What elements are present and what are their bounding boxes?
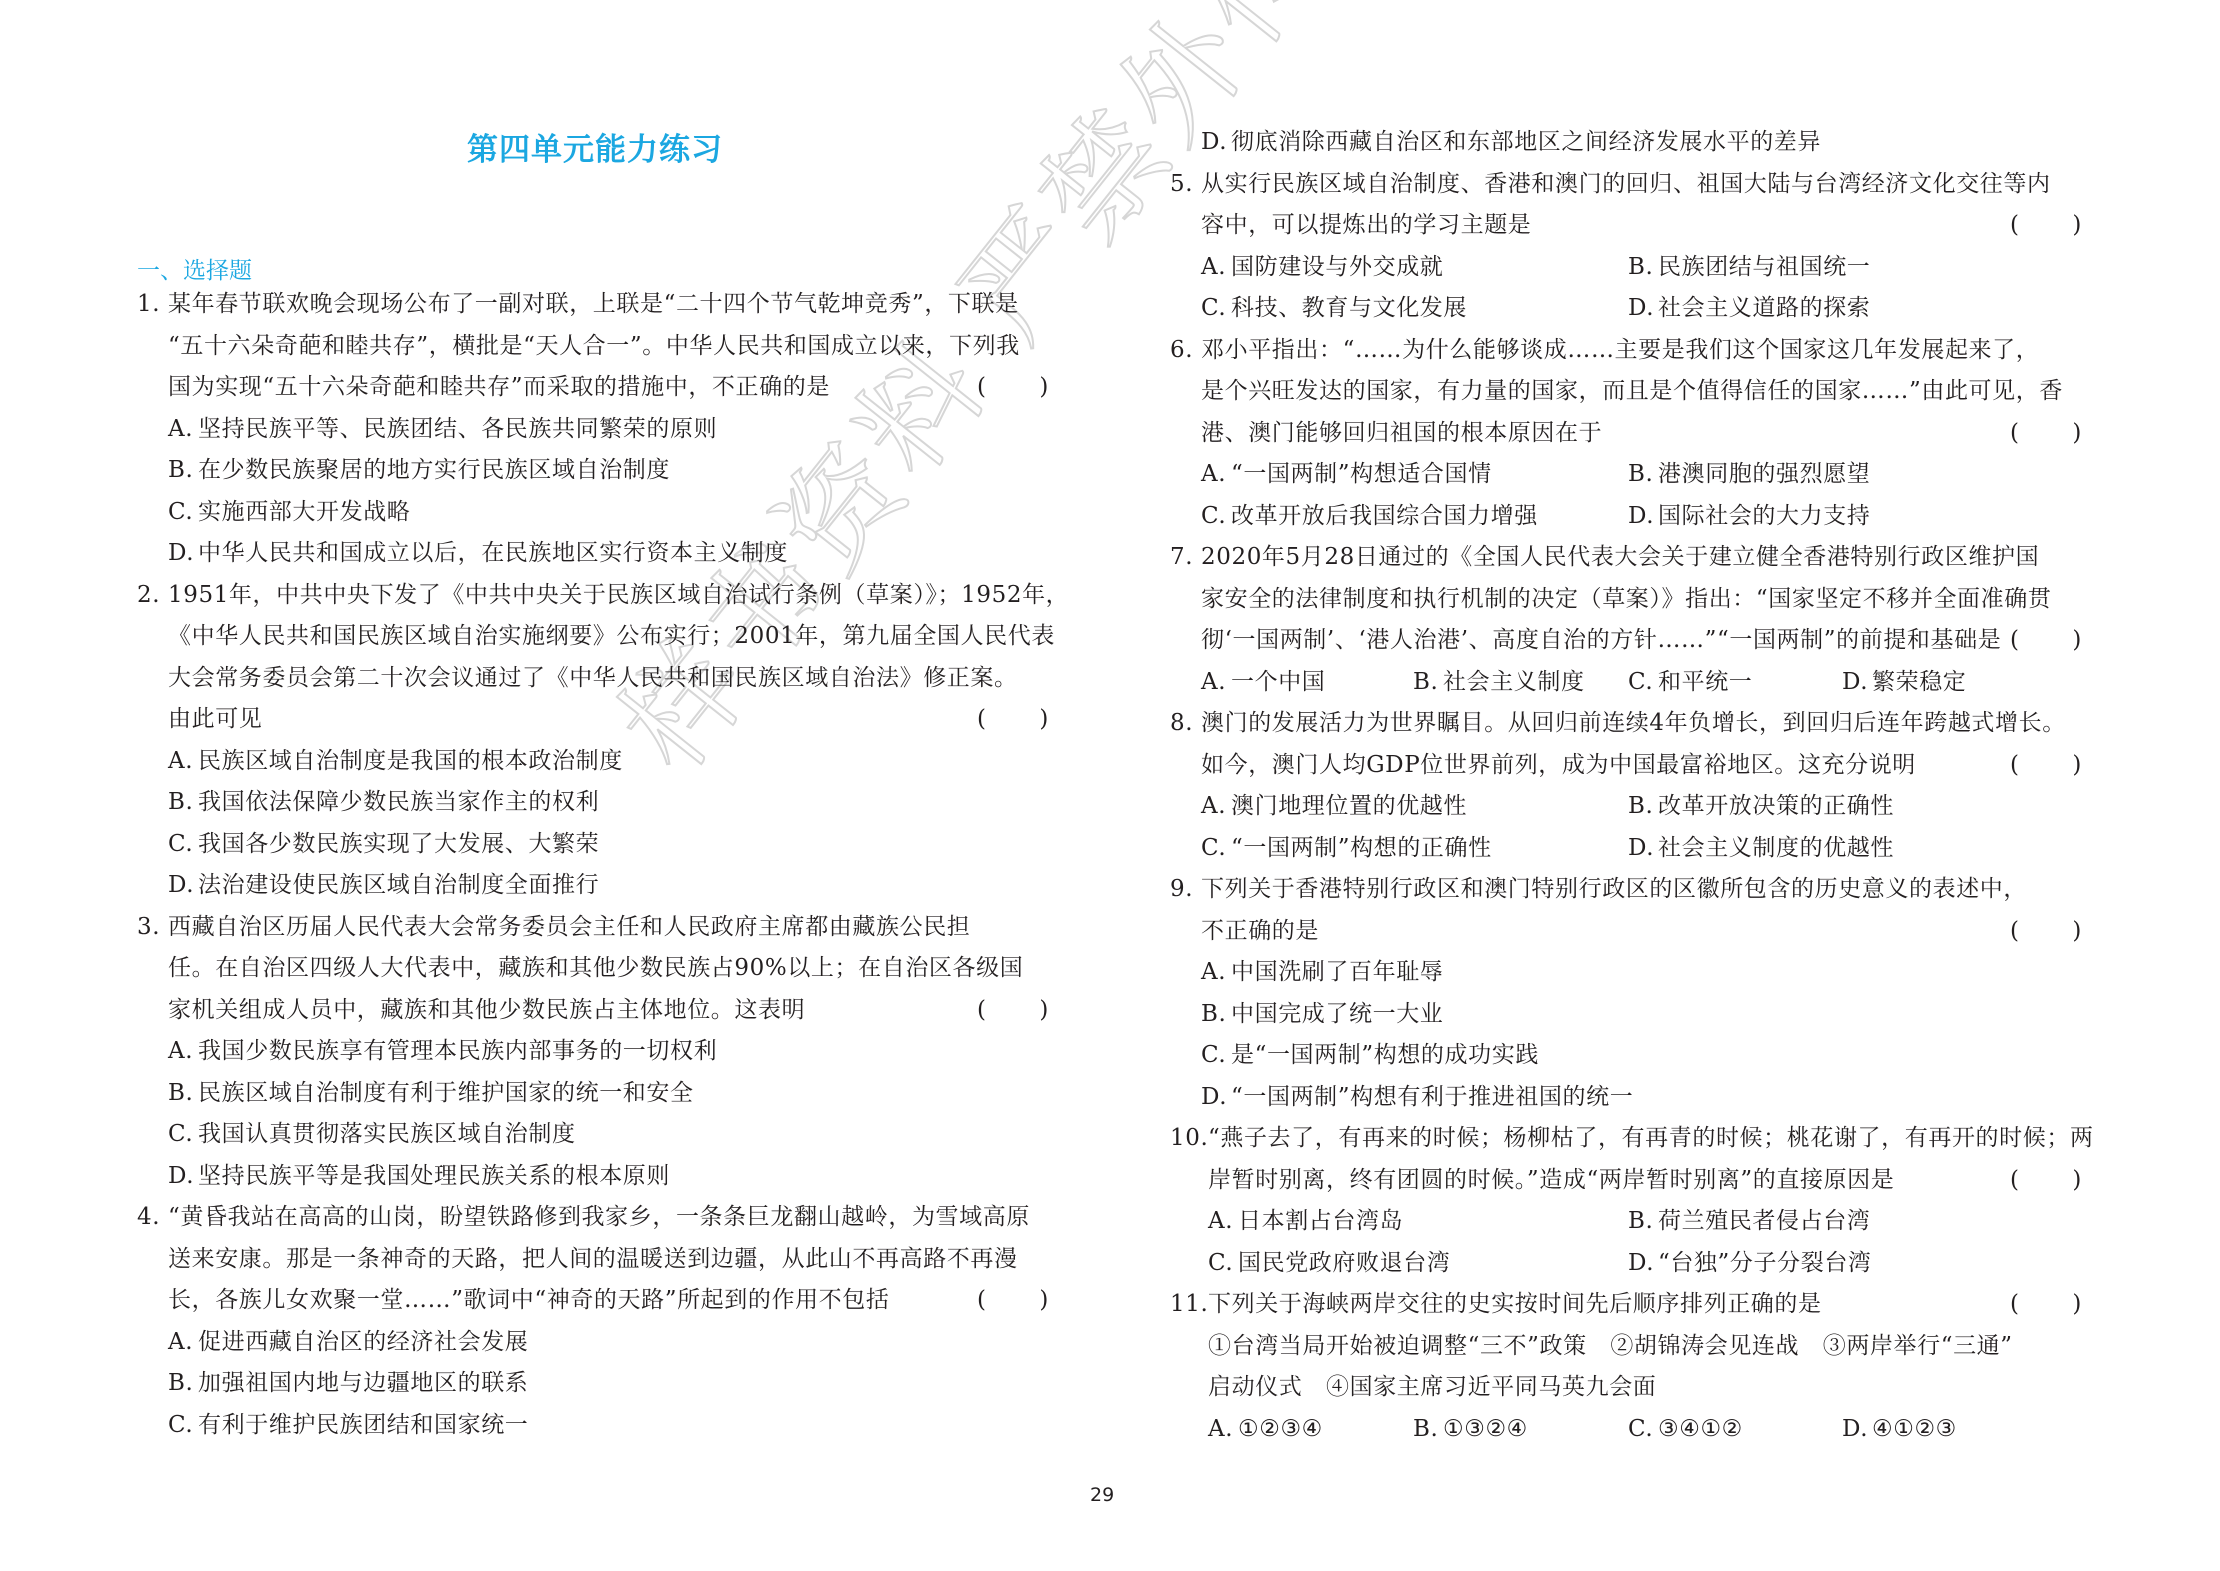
question-number: 2. <box>137 575 160 617</box>
option-a[interactable]: A.中国洗刷了百年耻辱 <box>1201 952 1443 994</box>
option-c[interactable]: C.我国各少数民族实现了大发展、大繁荣 <box>168 824 599 866</box>
option-b[interactable]: B.改革开放决策的正确性 <box>1628 786 1894 828</box>
page-title: 第四单元能力练习 <box>0 124 1190 169</box>
answer-blank[interactable]: () <box>2010 911 2082 953</box>
question-text: 《中华人民共和国民族区域自治实施纲要》公布实行；2001年，第九届全国人民代表 <box>168 616 1055 658</box>
page-number: 29 <box>1090 1484 1114 1506</box>
option-a[interactable]: A.①②③④ <box>1208 1409 1323 1451</box>
question-text: 从实行民族区域自治制度、香港和澳门的回归、祖国大陆与台湾经济文化交往等内 <box>1201 164 2051 206</box>
question-11: 11. 下列关于海峡两岸交往的史实按时间先后顺序排列正确的是 () <box>1170 1284 2082 1326</box>
question-number: 11. <box>1170 1284 1208 1326</box>
option-d[interactable]: D.④①②③ <box>1842 1409 1957 1451</box>
option-d[interactable]: D.彻底消除西藏自治区和东部地区之间经济发展水平的差异 <box>1201 122 1821 164</box>
question-text: 任。在自治区四级人大代表中，藏族和其他少数民族占90%以上；在自治区各级国 <box>168 948 1023 990</box>
question-8: 8. 澳门的发展活力为世界瞩目。从回归前连续4年负增长，到回归后连年跨越式增长。 <box>1170 703 2082 745</box>
answer-blank[interactable]: () <box>977 367 1049 409</box>
question-text: 不正确的是 <box>1201 911 1319 953</box>
question-number: 1. <box>137 284 160 326</box>
option-d[interactable]: D.“台独”分子分裂台湾 <box>1628 1243 1872 1285</box>
option-b[interactable]: B.港澳同胞的强烈愿望 <box>1628 454 1870 496</box>
option-b[interactable]: B.在少数民族聚居的地方实行民族区域自治制度 <box>168 450 670 492</box>
option-b[interactable]: B.荷兰殖民者侵占台湾 <box>1628 1201 1870 1243</box>
option-c[interactable]: C.和平统一 <box>1628 662 1752 704</box>
question-text: 岸暂时别离，终有团圆的时候。”造成“两岸暂时别离”的直接原因是 <box>1208 1160 1894 1202</box>
option-a[interactable]: A.澳门地理位置的优越性 <box>1201 786 1467 828</box>
option-d[interactable]: D.社会主义制度的优越性 <box>1628 828 1894 870</box>
option-c[interactable]: C.实施西部大开发战略 <box>168 492 410 534</box>
question-text: 由此可见 <box>168 699 262 741</box>
question-text: 2020年5月28日通过的《全国人民代表大会关于建立健全香港特别行政区维护国 <box>1201 537 2039 579</box>
question-text: 下列关于香港特别行政区和澳门特别行政区的区徽所包含的历史意义的表述中， <box>1201 869 2027 911</box>
question-10: 10. “燕子去了，有再来的时候；杨柳枯了，有再青的时候；桃花谢了，有再开的时候… <box>1170 1118 2082 1160</box>
option-a[interactable]: A.坚持民族平等、民族团结、各民族共同繁荣的原则 <box>168 409 717 451</box>
answer-blank[interactable]: () <box>2010 620 2082 662</box>
option-d[interactable]: D.国际社会的大力支持 <box>1628 496 1870 538</box>
question-number: 9. <box>1170 869 1193 911</box>
question-text: “燕子去了，有再来的时候；杨柳枯了，有再青的时候；桃花谢了，有再开的时候；两 <box>1208 1118 2094 1160</box>
option-c[interactable]: C.“一国两制”构想的正确性 <box>1201 828 1492 870</box>
question-text: 容中，可以提炼出的学习主题是 <box>1201 205 1531 247</box>
option-a[interactable]: A.促进西藏自治区的经济社会发展 <box>168 1322 528 1364</box>
option-c[interactable]: C.科技、教育与文化发展 <box>1201 288 1467 330</box>
option-a[interactable]: A.一个中国 <box>1201 662 1325 704</box>
option-c[interactable]: C.国民党政府败退台湾 <box>1208 1243 1450 1285</box>
option-c[interactable]: C.我国认真贯彻落实民族区域自治制度 <box>168 1114 576 1156</box>
question-text: 港、澳门能够回归祖国的根本原因在于 <box>1201 413 1602 455</box>
answer-blank[interactable]: () <box>2010 413 2082 455</box>
left-column: 1. 某年春节联欢晚会现场公布了一副对联，上联是“二十四个节气乾坤竞秀”，下联是… <box>137 284 1049 1446</box>
question-number: 7. <box>1170 537 1193 579</box>
option-a[interactable]: A.民族区域自治制度是我国的根本政治制度 <box>168 741 623 783</box>
option-c[interactable]: C.改革开放后我国综合国力增强 <box>1201 496 1538 538</box>
option-b[interactable]: B.我国依法保障少数民族当家作主的权利 <box>168 782 599 824</box>
question-text: 下列关于海峡两岸交往的史实按时间先后顺序排列正确的是 <box>1208 1284 1822 1326</box>
question-number: 5. <box>1170 164 1193 206</box>
option-a[interactable]: A.我国少数民族享有管理本民族内部事务的一切权利 <box>168 1031 717 1073</box>
question-6: 6. 邓小平指出：“……为什么能够谈成……主要是我们这个国家这几年发展起来了， <box>1170 330 2082 372</box>
question-1: 1. 某年春节联欢晚会现场公布了一副对联，上联是“二十四个节气乾坤竞秀”，下联是 <box>137 284 1049 326</box>
question-text: 启动仪式 ④国家主席习近平同马英九会面 <box>1208 1367 1656 1409</box>
question-text: “黄昏我站在高高的山岗，盼望铁路修到我家乡，一条条巨龙翻山越岭，为雪域高原 <box>168 1197 1030 1239</box>
answer-blank[interactable]: () <box>977 990 1049 1032</box>
question-text: 邓小平指出：“……为什么能够谈成……主要是我们这个国家这几年发展起来了， <box>1201 330 2039 372</box>
option-d[interactable]: D.“一国两制”构想有利于推进祖国的统一 <box>1201 1077 1633 1119</box>
question-7: 7. 2020年5月28日通过的《全国人民代表大会关于建立健全香港特别行政区维护… <box>1170 537 2082 579</box>
option-d[interactable]: D.中华人民共和国成立以后，在民族地区实行资本主义制度 <box>168 533 788 575</box>
option-a[interactable]: A.“一国两制”构想适合国情 <box>1201 454 1492 496</box>
answer-blank[interactable]: () <box>977 699 1049 741</box>
option-c[interactable]: C.有利于维护民族团结和国家统一 <box>168 1405 528 1447</box>
option-a[interactable]: A.国防建设与外交成就 <box>1201 247 1443 289</box>
option-b[interactable]: B.①③②④ <box>1413 1409 1528 1451</box>
option-d[interactable]: D.社会主义道路的探索 <box>1628 288 1870 330</box>
question-text: 是个兴旺发达的国家，有力量的国家，而且是个值得信任的国家……”由此可见，香 <box>1201 371 2063 413</box>
answer-blank[interactable]: () <box>2010 1160 2082 1202</box>
question-text: 送来安康。那是一条神奇的天路，把人间的温暖送到边疆，从此山不再高路不再漫 <box>168 1239 1018 1281</box>
question-text: 国为实现“五十六朵奇葩和睦共存”而采取的措施中，不正确的是 <box>168 367 830 409</box>
question-text: ①台湾当局开始被迫调整“三不”政策 ②胡锦涛会见连战 ③两岸举行“三通” <box>1208 1326 2013 1368</box>
option-b[interactable]: B.加强祖国内地与边疆地区的联系 <box>168 1363 528 1405</box>
option-c[interactable]: C.③④①② <box>1628 1409 1743 1451</box>
question-number: 3. <box>137 907 160 949</box>
question-text: 彻‘一国两制’、‘港人治港’、高度自治的方针……”“一国两制”的前提和基础是 <box>1201 620 2001 662</box>
question-2: 2. 1951年，中共中央下发了《中共中央关于民族区域自治试行条例（草案）》；1… <box>137 575 1049 617</box>
question-4: 4. “黄昏我站在高高的山岗，盼望铁路修到我家乡，一条条巨龙翻山越岭，为雪域高原 <box>137 1197 1049 1239</box>
option-b[interactable]: B.民族团结与祖国统一 <box>1628 247 1870 289</box>
question-number: 4. <box>137 1197 160 1239</box>
answer-blank[interactable]: () <box>2010 745 2082 787</box>
question-text: 澳门的发展活力为世界瞩目。从回归前连续4年负增长，到回归后连年跨越式增长。 <box>1201 703 2066 745</box>
option-b[interactable]: B.民族区域自治制度有利于维护国家的统一和安全 <box>168 1073 694 1115</box>
question-9: 9. 下列关于香港特别行政区和澳门特别行政区的区徽所包含的历史意义的表述中， <box>1170 869 2082 911</box>
right-column: D.彻底消除西藏自治区和东部地区之间经济发展水平的差异 5. 从实行民族区域自治… <box>1170 122 2082 1450</box>
answer-blank[interactable]: () <box>2010 1284 2082 1326</box>
question-5: 5. 从实行民族区域自治制度、香港和澳门的回归、祖国大陆与台湾经济文化交往等内 <box>1170 164 2082 206</box>
question-text: 长，各族儿女欢聚一堂……”歌词中“神奇的天路”所起到的作用不包括 <box>168 1280 889 1322</box>
option-b[interactable]: B.中国完成了统一大业 <box>1201 994 1443 1036</box>
question-text: 家安全的法律制度和执行机制的决定（草案）》指出：“国家坚定不移并全面准确贯 <box>1201 579 2051 621</box>
question-text: 家机关组成人员中，藏族和其他少数民族占主体地位。这表明 <box>168 990 805 1032</box>
question-3: 3. 西藏自治区历届人民代表大会常务委员会主任和人民政府主席都由藏族公民担 <box>137 907 1049 949</box>
question-number: 6. <box>1170 330 1193 372</box>
option-a[interactable]: A.日本割占台湾岛 <box>1208 1201 1403 1243</box>
section-title: 一、选择题 <box>137 252 252 285</box>
question-number: 8. <box>1170 703 1193 745</box>
answer-blank[interactable]: () <box>977 1280 1049 1322</box>
question-text: 大会常务委员会第二十次会议通过了《中华人民共和国民族区域自治法》修正案。 <box>168 658 1018 700</box>
question-text: 某年春节联欢晚会现场公布了一副对联，上联是“二十四个节气乾坤竞秀”，下联是 <box>168 284 1019 326</box>
question-text: 西藏自治区历届人民代表大会常务委员会主任和人民政府主席都由藏族公民担 <box>168 907 970 949</box>
question-text: 如今，澳门人均GDP位世界前列，成为中国最富裕地区。这充分说明 <box>1201 745 1916 787</box>
option-d[interactable]: D.坚持民族平等是我国处理民族关系的根本原则 <box>168 1156 670 1198</box>
answer-blank[interactable]: () <box>2010 205 2082 247</box>
question-text: 1951年，中共中央下发了《中共中央关于民族区域自治试行条例（草案）》；1952… <box>168 575 1069 617</box>
option-b[interactable]: B.社会主义制度 <box>1413 662 1585 704</box>
option-d[interactable]: D.法治建设使民族区域自治制度全面推行 <box>168 865 599 907</box>
option-c[interactable]: C.是“一国两制”构想的成功实践 <box>1201 1035 1539 1077</box>
question-number: 10. <box>1170 1118 1208 1160</box>
question-text: “五十六朵奇葩和睦共存”，横批是“天人合一”。中华人民共和国成立以来，下列我 <box>168 326 1020 368</box>
option-d[interactable]: D.繁荣稳定 <box>1842 662 1966 704</box>
